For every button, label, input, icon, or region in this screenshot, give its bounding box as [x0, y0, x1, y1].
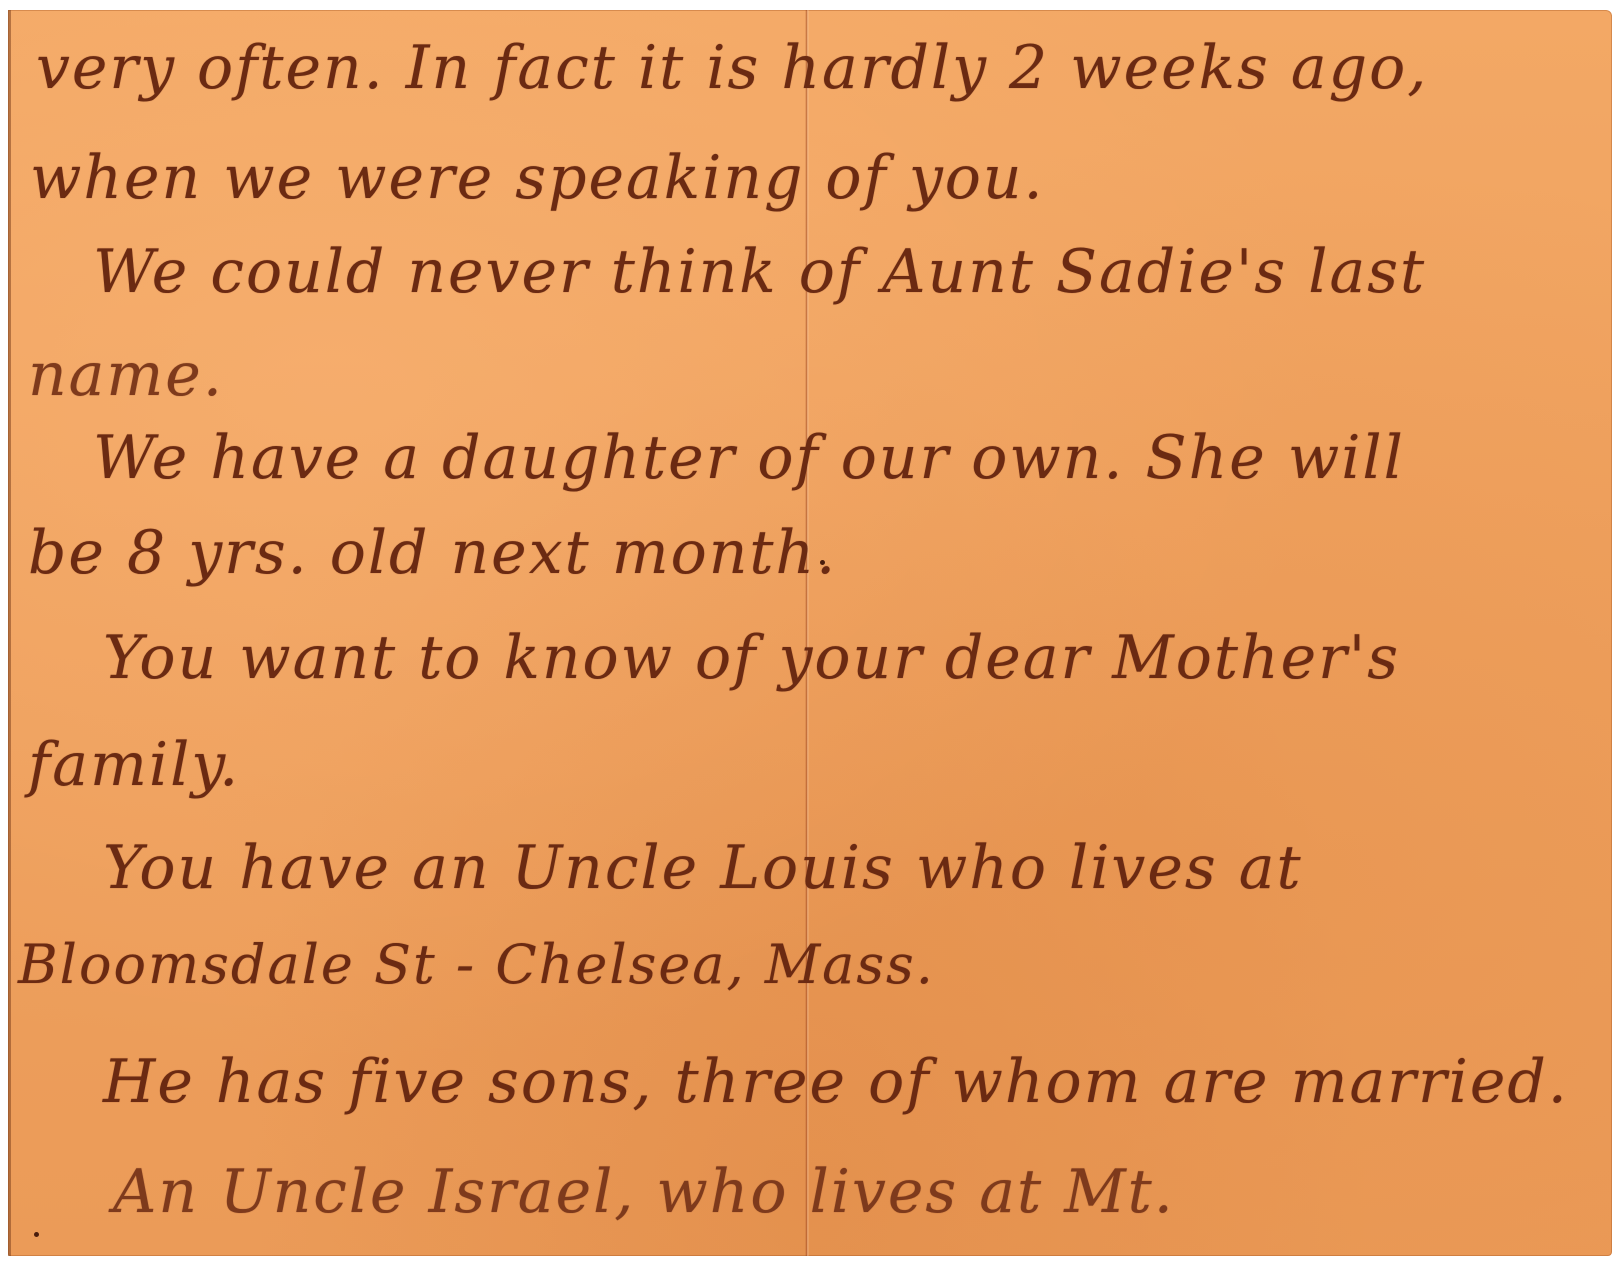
letter-line-10: Bloomsdale St - Chelsea, Mass.	[18, 938, 935, 992]
letter-page: very often. In fact it is hardly 2 weeks…	[8, 10, 1612, 1256]
letter-line-12: An Uncle Israel, who lives at Mt.	[113, 1162, 1175, 1222]
ink-speck	[34, 1232, 39, 1237]
letter-line-6: be 8 yrs. old next month.	[28, 523, 837, 583]
paper-edge	[8, 10, 11, 1256]
letter-line-3: We could never think of Aunt Sadie's las…	[93, 242, 1426, 302]
letter-line-7: You want to know of your dear Mother's	[103, 628, 1400, 688]
letter-line-9: You have an Uncle Louis who lives at	[103, 838, 1303, 898]
letter-line-2: when we were speaking of you.	[30, 148, 1045, 208]
letter-line-8: family.	[28, 735, 240, 795]
letter-line-5: We have a daughter of our own. She will	[93, 428, 1405, 488]
letter-line-4: name.	[28, 345, 224, 405]
letter-line-1: very often. In fact it is hardly 2 weeks…	[36, 38, 1428, 98]
ink-speck	[820, 560, 825, 565]
letter-line-11: He has five sons, three of whom are marr…	[103, 1052, 1569, 1112]
